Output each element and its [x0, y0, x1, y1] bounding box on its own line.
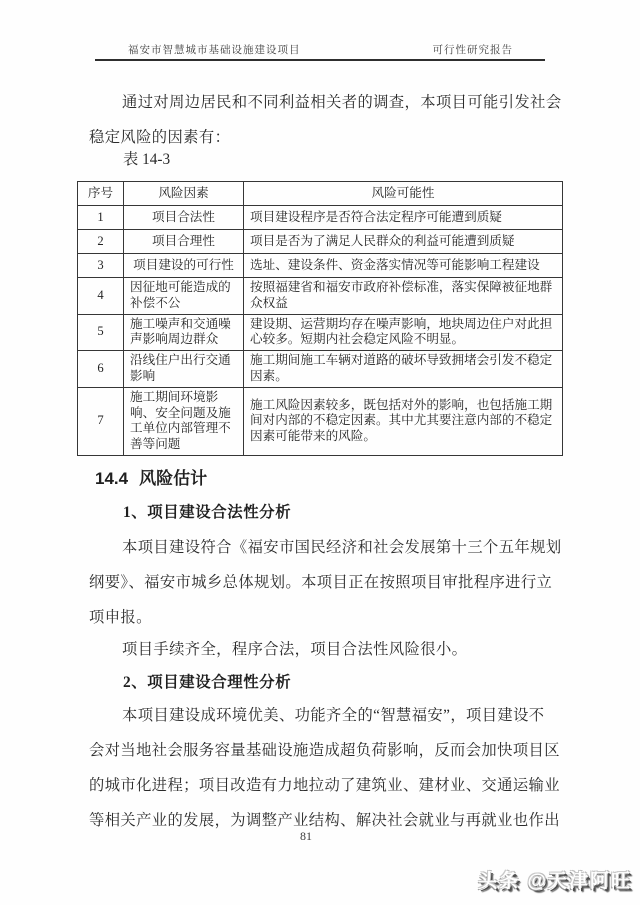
text-line: 纲要》、福安市城乡总体规划。本项目正在按照项目审批程序进行立 — [89, 565, 551, 600]
subsection-1-heading: 1、项目建设合法性分析 — [123, 502, 291, 524]
risk-possibility-cell: 按照福建省和福安市政府补偿标准，落实保障被征地群众权益 — [244, 278, 563, 315]
legality-conclusion-paragraph: 项目手续齐全，程序合法，项目合法性风险很小。 — [89, 632, 551, 667]
row-number-cell: 1 — [78, 206, 124, 230]
text-line: 本项目建设成环境优美、功能齐全的“智慧福安”，项目建设不 — [89, 698, 551, 733]
risk-factor-cell: 项目合法性 — [124, 206, 244, 230]
risk-factor-cell: 沿线住户出行交通影响 — [124, 351, 244, 388]
header-project-title: 福安市智慧城市基础设施建设项目 — [128, 42, 301, 57]
risk-possibility-cell: 施工期间施工车辆对道路的破坏导致拥堵会引发不稳定因素。 — [244, 351, 563, 388]
risk-factor-cell: 因征地可能造成的补偿不公 — [124, 278, 244, 315]
section-heading: 14.4风险估计 — [95, 467, 207, 491]
col-header-no: 序号 — [78, 182, 124, 206]
page-number: 81 — [89, 829, 523, 844]
text-line: 的城市化进程；项目改造有力地拉动了建筑业、建材业、交通运输业 — [89, 768, 551, 803]
table-caption: 表 14-3 — [123, 149, 170, 171]
text-line: 通过对周边居民和不同利益相关者的调查，本项目可能引发社会 — [89, 85, 551, 120]
row-number-cell: 6 — [78, 351, 124, 388]
page-header: 福安市智慧城市基础设施建设项目 可行性研究报告 — [95, 42, 545, 57]
row-number-cell: 2 — [78, 230, 124, 254]
table-row: 3项目建设的可行性选址、建设条件、资金落实情况等可能影响工程建设 — [78, 254, 563, 278]
risk-possibility-cell: 项目建设程序是否符合法定程序可能遭到质疑 — [244, 206, 563, 230]
risk-possibility-cell: 选址、建设条件、资金落实情况等可能影响工程建设 — [244, 254, 563, 278]
text-line: 会对当地社会服务容量基础设施造成超负荷影响，反而会加快项目区 — [89, 733, 551, 768]
table-row: 7施工期间环境影响、安全问题及施工单位内部管理不善等问题施工风险因素较多，既包括… — [78, 387, 563, 455]
risk-table: 序号 风险因素 风险可能性 1项目合法性项目建设程序是否符合法定程序可能遭到质疑… — [77, 181, 563, 456]
risk-possibility-cell: 建设期、运营期均存在噪声影响，地块周边住户对此担心较多。短期内社会稳定风险不明显… — [244, 314, 563, 351]
header-rule — [95, 59, 545, 61]
table-row: 5施工噪声和交通噪声影响周边群众建设期、运营期均存在噪声影响，地块周边住户对此担… — [78, 314, 563, 351]
table-row: 4因征地可能造成的补偿不公按照福建省和福安市政府补偿标准，落实保障被征地群众权益 — [78, 278, 563, 315]
text-line: 本项目建设符合《福安市国民经济和社会发展第十三个五年规划 — [89, 530, 551, 565]
document-page: 福安市智慧城市基础设施建设项目 可行性研究报告 通过对周边居民和不同利益相关者的… — [0, 0, 640, 905]
risk-factor-cell: 施工期间环境影响、安全问题及施工单位内部管理不善等问题 — [124, 387, 244, 455]
row-number-cell: 7 — [78, 387, 124, 455]
text-line: 项申报。 — [89, 600, 551, 635]
table-header-row: 序号 风险因素 风险可能性 — [78, 182, 563, 206]
risk-possibility-cell: 施工风险因素较多，既包括对外的影响，也包括施工期间对内部的不稳定因素。其中尤其要… — [244, 387, 563, 455]
section-number: 14.4 — [95, 469, 128, 488]
table-row: 2项目合理性项目是否为了满足人民群众的利益可能遭到质疑 — [78, 230, 563, 254]
header-report-type: 可行性研究报告 — [433, 42, 514, 57]
risk-possibility-cell: 项目是否为了满足人民群众的利益可能遭到质疑 — [244, 230, 563, 254]
table-row: 1项目合法性项目建设程序是否符合法定程序可能遭到质疑 — [78, 206, 563, 230]
col-header-factor: 风险因素 — [124, 182, 244, 206]
row-number-cell: 5 — [78, 314, 124, 351]
section-title: 风险估计 — [139, 469, 207, 488]
text-line: 项目手续齐全，程序合法，项目合法性风险很小。 — [89, 632, 551, 667]
risk-factor-cell: 施工噪声和交通噪声影响周边群众 — [124, 314, 244, 351]
row-number-cell: 3 — [78, 254, 124, 278]
legality-paragraph: 本项目建设符合《福安市国民经济和社会发展第十三个五年规划纲要》、福安市城乡总体规… — [89, 530, 551, 635]
row-number-cell: 4 — [78, 278, 124, 315]
risk-factor-cell: 项目建设的可行性 — [124, 254, 244, 278]
subsection-2-heading: 2、项目建设合理性分析 — [123, 672, 291, 694]
table-row: 6沿线住户出行交通影响施工期间施工车辆对道路的破坏导致拥堵会引发不稳定因素。 — [78, 351, 563, 388]
rationality-paragraph: 本项目建设成环境优美、功能齐全的“智慧福安”，项目建设不会对当地社会服务容量基础… — [89, 698, 551, 838]
watermark: 头条 @天津阿旺 — [478, 866, 632, 893]
risk-table-body: 1项目合法性项目建设程序是否符合法定程序可能遭到质疑2项目合理性项目是否为了满足… — [78, 206, 563, 456]
intro-paragraph: 通过对周边居民和不同利益相关者的调查，本项目可能引发社会稳定风险的因素有： — [89, 85, 551, 155]
risk-factor-cell: 项目合理性 — [124, 230, 244, 254]
col-header-possibility: 风险可能性 — [244, 182, 563, 206]
